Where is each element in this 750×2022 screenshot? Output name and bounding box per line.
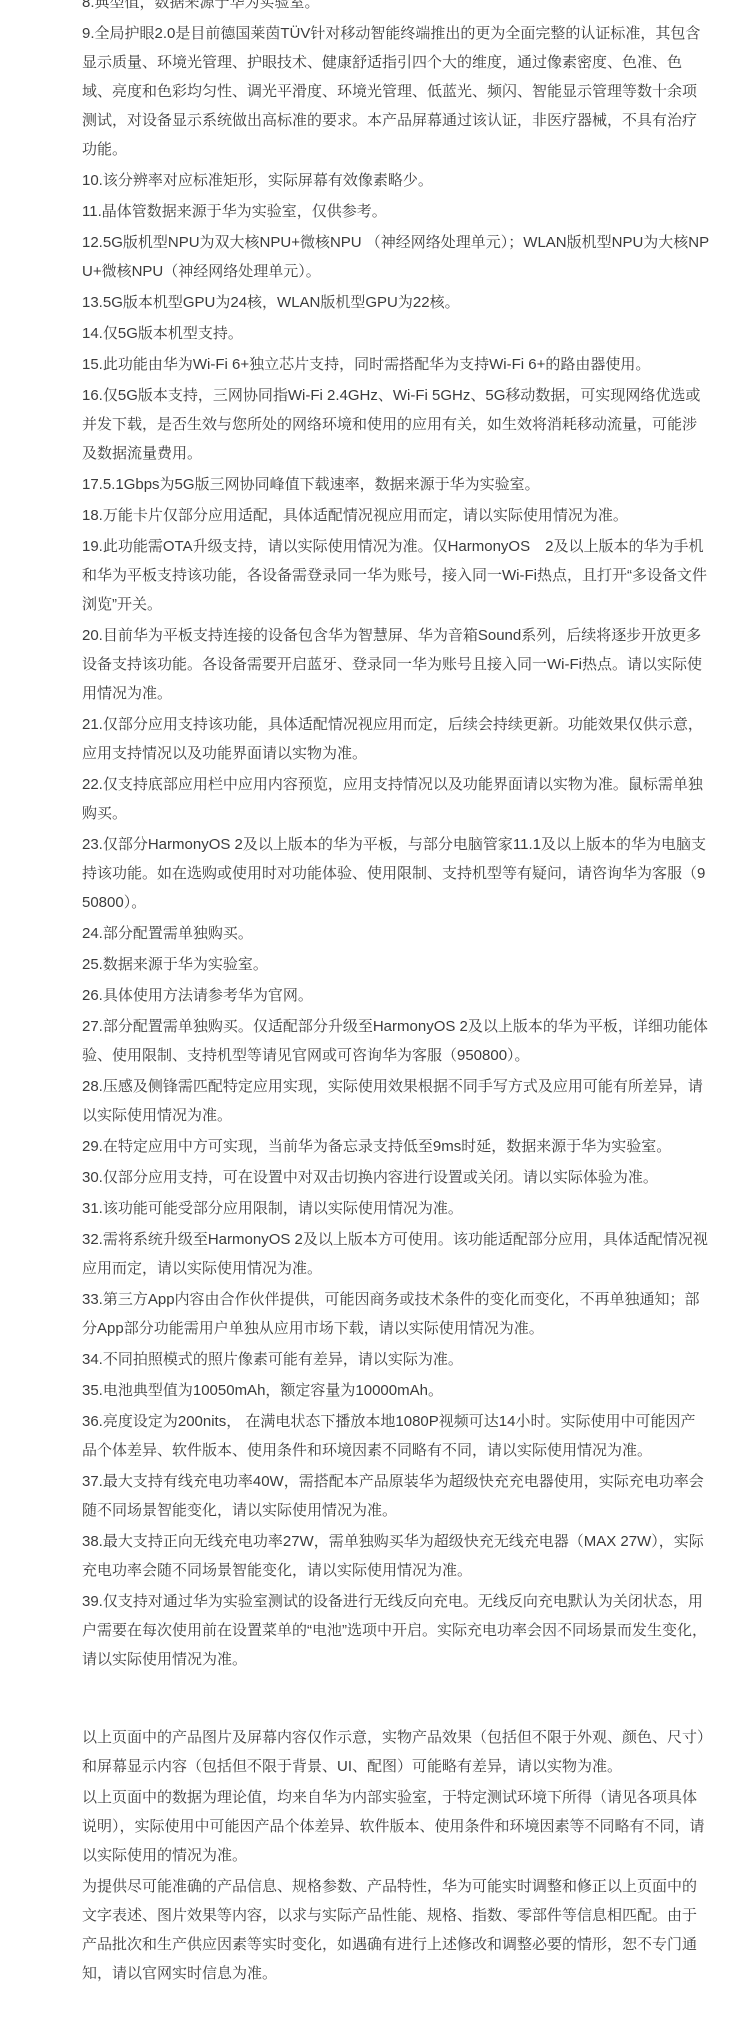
footnote-36: 36.亮度设定为200nits， 在满电状态下播放本地1080P视频可达14小时…: [82, 1407, 710, 1465]
footnote-29: 29.在特定应用中方可实现，当前华为备忘录支持低至9ms时延，数据来源于华为实验…: [82, 1132, 710, 1161]
footnote-26: 26.具体使用方法请参考华为官网。: [82, 981, 710, 1010]
footnote-21: 21.仅部分应用支持该功能，具体适配情况视应用而定，后续会持续更新。功能效果仅供…: [82, 710, 710, 768]
footnote-15: 15.此功能由华为Wi-Fi 6+独立芯片支持，同时需搭配华为支持Wi-Fi 6…: [82, 350, 710, 379]
footnote-8: 8.典型值，数据来源于华为实验室。: [82, 0, 710, 17]
closing-paragraph-images: 以上页面中的产品图片及屏幕内容仅作示意，实物产品效果（包括但不限于外观、颜色、尺…: [82, 1723, 710, 1781]
footnote-14: 14.仅5G版本机型支持。: [82, 319, 710, 348]
footnote-32: 32.需将系统升级至HarmonyOS 2及以上版本方可使用。该功能适配部分应用…: [82, 1225, 710, 1283]
footnote-17: 17.5.1Gbps为5G版三网协同峰值下载速率，数据来源于华为实验室。: [82, 470, 710, 499]
closing-disclaimer: 以上页面中的产品图片及屏幕内容仅作示意，实物产品效果（包括但不限于外观、颜色、尺…: [82, 1723, 710, 1988]
footnote-13: 13.5G版本机型GPU为24核，WLAN版机型GPU为22核。: [82, 288, 710, 317]
footnote-39: 39.仅支持对通过华为实验室测试的设备进行无线反向充电。无线反向充电默认为关闭状…: [82, 1587, 710, 1674]
footnote-20: 20.目前华为平板支持连接的设备包含华为智慧屏、华为音箱Sound系列，后续将逐…: [82, 621, 710, 708]
footnote-28: 28.压感及侧锋需匹配特定应用实现，实际使用效果根据不同手写方式及应用可能有所差…: [82, 1072, 710, 1130]
footnote-23: 23.仅部分HarmonyOS 2及以上版本的华为平板，与部分电脑管家11.1及…: [82, 830, 710, 917]
footnote-27: 27.部分配置需单独购买。仅适配部分升级至HarmonyOS 2及以上版本的华为…: [82, 1012, 710, 1070]
footnote-12: 12.5G版机型NPU为双大核NPU+微核NPU （神经网络处理单元）；WLAN…: [82, 228, 710, 286]
footnotes-list: 8.典型值，数据来源于华为实验室。 9.全局护眼2.0是目前德国莱茵TÜV针对移…: [82, 0, 710, 1674]
footnote-18: 18.万能卡片仅部分应用适配，具体适配情况视应用而定，请以实际使用情况为准。: [82, 501, 710, 530]
footnote-10: 10.该分辨率对应标准矩形，实际屏幕有效像素略少。: [82, 166, 710, 195]
footnote-30: 30.仅部分应用支持，可在设置中对双击切换内容进行设置或关闭。请以实际体验为准。: [82, 1163, 710, 1192]
footnote-35: 35.电池典型值为10050mAh，额定容量为10000mAh。: [82, 1376, 710, 1405]
footnote-34: 34.不同拍照模式的照片像素可能有差异，请以实际为准。: [82, 1345, 710, 1374]
closing-paragraph-data: 以上页面中的数据为理论值，均来自华为内部实验室，于特定测试环境下所得（请见各项具…: [82, 1783, 710, 1870]
footnote-11: 11.晶体管数据来源于华为实验室，仅供参考。: [82, 197, 710, 226]
footnote-37: 37.最大支持有线充电功率40W，需搭配本产品原装华为超级快充充电器使用，实际充…: [82, 1467, 710, 1525]
footnote-33: 33.第三方App内容由合作伙伴提供，可能因商务或技术条件的变化而变化，不再单独…: [82, 1285, 710, 1343]
footnote-9: 9.全局护眼2.0是目前德国莱茵TÜV针对移动智能终端推出的更为全面完整的认证标…: [82, 19, 710, 164]
footnote-24: 24.部分配置需单独购买。: [82, 919, 710, 948]
closing-paragraph-updates: 为提供尽可能准确的产品信息、规格参数、产品特性，华为可能实时调整和修正以上页面中…: [82, 1872, 710, 1988]
footnote-25: 25.数据来源于华为实验室。: [82, 950, 710, 979]
footnote-31: 31.该功能可能受部分应用限制，请以实际使用情况为准。: [82, 1194, 710, 1223]
footnote-38: 38.最大支持正向无线充电功率27W，需单独购买华为超级快充无线充电器（MAX …: [82, 1527, 710, 1585]
disclaimer-page: 8.典型值，数据来源于华为实验室。 9.全局护眼2.0是目前德国莱茵TÜV针对移…: [0, 0, 750, 1988]
footnote-19: 19.此功能需OTA升级支持，请以实际使用情况为准。仅HarmonyOS 2及以…: [82, 532, 710, 619]
footnote-16: 16.仅5G版本支持，三网协同指Wi-Fi 2.4GHz、Wi-Fi 5GHz、…: [82, 381, 710, 468]
footnote-22: 22.仅支持底部应用栏中应用内容预览，应用支持情况以及功能界面请以实物为准。鼠标…: [82, 770, 710, 828]
